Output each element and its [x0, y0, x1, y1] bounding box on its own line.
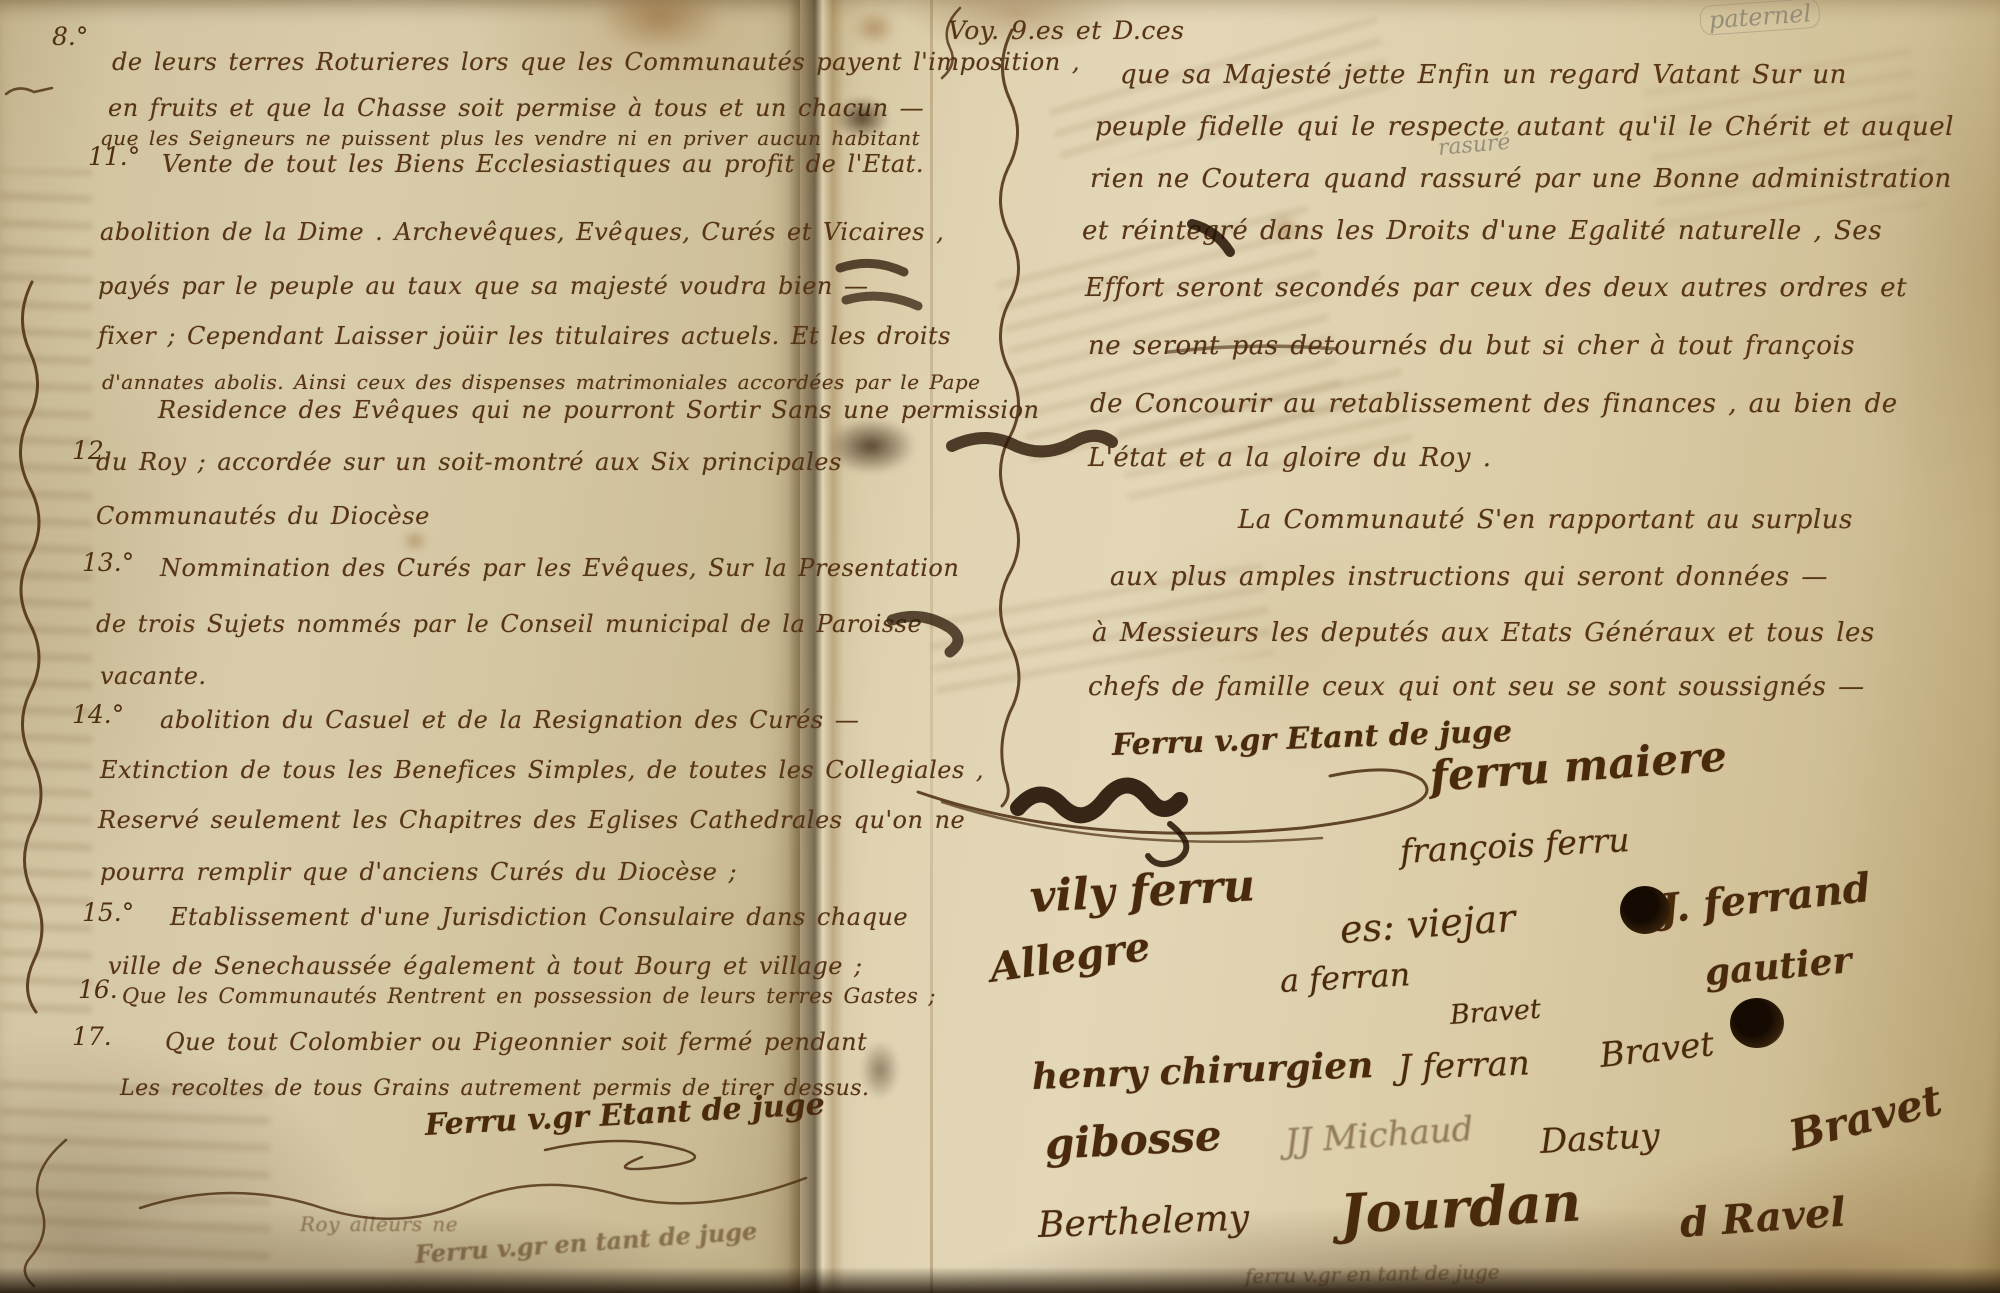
- manuscript-line: Nommination des Curés par les Evêques, S…: [160, 554, 959, 582]
- manuscript-line: Reservé seulement les Chapitres des Egli…: [98, 806, 965, 834]
- manuscript-line: pourra remplir que d'anciens Curés du Di…: [100, 858, 737, 886]
- paper-stain: [402, 530, 428, 552]
- manuscript-line: que les Seigneurs ne puissent plus les v…: [100, 126, 920, 150]
- manuscript-line: Residence des Evêques qui ne pourront So…: [158, 396, 1040, 424]
- clause-number: 17.: [72, 1022, 112, 1051]
- manuscript-line: que sa Majesté jette Enfin un regard Vat…: [1120, 60, 1847, 90]
- manuscript-line: en fruits et que la Chasse soit permise …: [108, 94, 924, 122]
- page-bottom-shadow: [0, 1267, 2000, 1293]
- signature: a ferran: [1279, 955, 1411, 1000]
- manuscript-line: du Roy ; accordée sur un soit-montré aux…: [96, 448, 842, 476]
- ink-smudge: [860, 1040, 900, 1100]
- manuscript-line: Extinction de tous les Benefices Simples…: [100, 756, 984, 784]
- signature: J ferran: [1397, 1043, 1530, 1088]
- fold-crease: [930, 0, 933, 1293]
- manuscript-line: fixer ; Cependant Laisser joüir les titu…: [98, 322, 951, 350]
- manuscript-line: et réintegré dans les Droits d'une Egali…: [1082, 216, 1882, 246]
- manuscript-line: de Concourir au retablissement des finan…: [1090, 389, 1898, 419]
- manuscript-line: vacante.: [100, 662, 207, 690]
- bleedthrough-mark: [0, 1080, 270, 1270]
- page-header: Voy. 9.es et D.ces: [948, 16, 1184, 45]
- manuscript-line: ville de Senechaussée également à tout B…: [108, 952, 863, 980]
- ink-smudge: [834, 96, 890, 140]
- ink-blot: [1730, 998, 1784, 1048]
- manuscript-spread: 8.° 11.° 12. 13.° 14.° 15.° 16. 17. de l…: [0, 0, 2000, 1293]
- signature: gibosse: [1044, 1111, 1223, 1169]
- manuscript-line: Communautés du Diocèse: [96, 502, 430, 530]
- bleedthrough-mark: [1115, 368, 1416, 502]
- ink-smudge: [826, 418, 916, 474]
- manuscript-line: ne seront pas detournés du but si cher à…: [1088, 331, 1855, 361]
- ink-blot: [1620, 886, 1670, 934]
- manuscript-line: Etablissement d'une Jurisdiction Consula…: [170, 903, 908, 931]
- clause-number: 14.°: [72, 700, 124, 729]
- manuscript-line: à Messieurs les deputés aux Etats Généra…: [1092, 618, 1875, 648]
- manuscript-line: chefs de famille ceux qui ont seu se son…: [1088, 672, 1865, 702]
- manuscript-line: aux plus amples instructions qui seront …: [1110, 562, 1828, 592]
- clause-number: 13.°: [82, 548, 134, 577]
- clause-number: 15.°: [82, 898, 134, 927]
- signature: Bravet: [1449, 994, 1542, 1031]
- paper-stain: [595, 0, 725, 52]
- manuscript-line: Roy alleurs ne: [300, 1212, 458, 1236]
- bleedthrough-mark: [0, 170, 92, 1030]
- manuscript-line: L'état et a la gloire du Roy .: [1088, 443, 1492, 473]
- manuscript-line: Vente de tout les Biens Ecclesiastiques …: [162, 150, 924, 178]
- signature: Berthelemy: [1037, 1198, 1250, 1246]
- manuscript-line: d'annates abolis. Ainsi ceux des dispens…: [102, 370, 981, 394]
- manuscript-line: de trois Sujets nommés par le Conseil mu…: [96, 610, 922, 638]
- signature: Dastuy: [1539, 1116, 1661, 1162]
- manuscript-line: peuple fidelle qui le respecte autant qu…: [1095, 112, 1954, 142]
- manuscript-line: Que les Communautés Rentrent en possessi…: [122, 984, 936, 1008]
- manuscript-line: abolition du Casuel et de la Resignation…: [160, 706, 859, 734]
- signature: Jourdan: [1338, 1169, 1582, 1246]
- manuscript-line: rien ne Coutera quand rassuré par une Bo…: [1090, 164, 1952, 194]
- manuscript-line: payés par le peuple au taux que sa majes…: [98, 272, 869, 300]
- paper-stain: [852, 10, 896, 46]
- manuscript-line: de leurs terres Roturieres lors que les …: [112, 48, 1080, 76]
- manuscript-line: La Communauté S'en rapportant au surplus: [1238, 505, 1853, 535]
- manuscript-line: Effort seront secondés par ceux des deux…: [1085, 273, 1907, 303]
- clause-number: 8.°: [52, 22, 88, 51]
- manuscript-line: abolition de la Dime . Archevêques, Evêq…: [100, 218, 944, 246]
- manuscript-line: Que tout Colombier ou Pigeonnier soit fe…: [165, 1028, 867, 1056]
